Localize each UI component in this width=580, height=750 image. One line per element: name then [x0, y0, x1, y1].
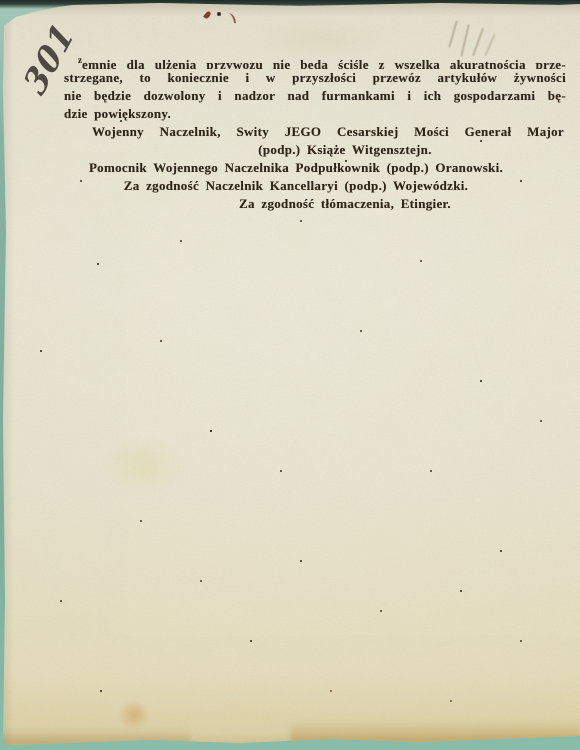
- paper-page: 301 zemnie dla ulżenia przywozu nie będą…: [0, 0, 580, 750]
- signature-line: (podp.) Książe Witgensztejn.: [110, 141, 580, 159]
- body-line-text: emnie dla ulżenia przywozu nie będą ściś…: [82, 57, 566, 69]
- signature-line: Pomocnik Wojennego Naczelnika Podpułkown…: [16, 159, 576, 177]
- body-line: nie będzie dozwolony i nadzor nad furman…: [64, 87, 566, 105]
- body-line: dzie powiększony.: [64, 105, 580, 123]
- signature-line: Za zgodność Naczelnik Kancellaryi (podp.…: [12, 177, 580, 195]
- body-line: zemnie dla ulżenia przywozu nie będą ści…: [78, 51, 566, 69]
- signature-line: Za zgodność tłómaczenia, Etingier.: [110, 195, 580, 213]
- scanned-document: 301 zemnie dla ulżenia przywozu nie będą…: [0, 0, 580, 750]
- paper-speckles: [0, 0, 2, 2]
- signature-line: Wojenny Naczelnik, Swity JEGO Cesarskiej…: [92, 123, 564, 141]
- printed-text-block: zemnie dla ulżenia przywozu nie będą ści…: [0, 51, 580, 213]
- body-line: strzegane, to koniecznie i w przyszłości…: [64, 69, 566, 87]
